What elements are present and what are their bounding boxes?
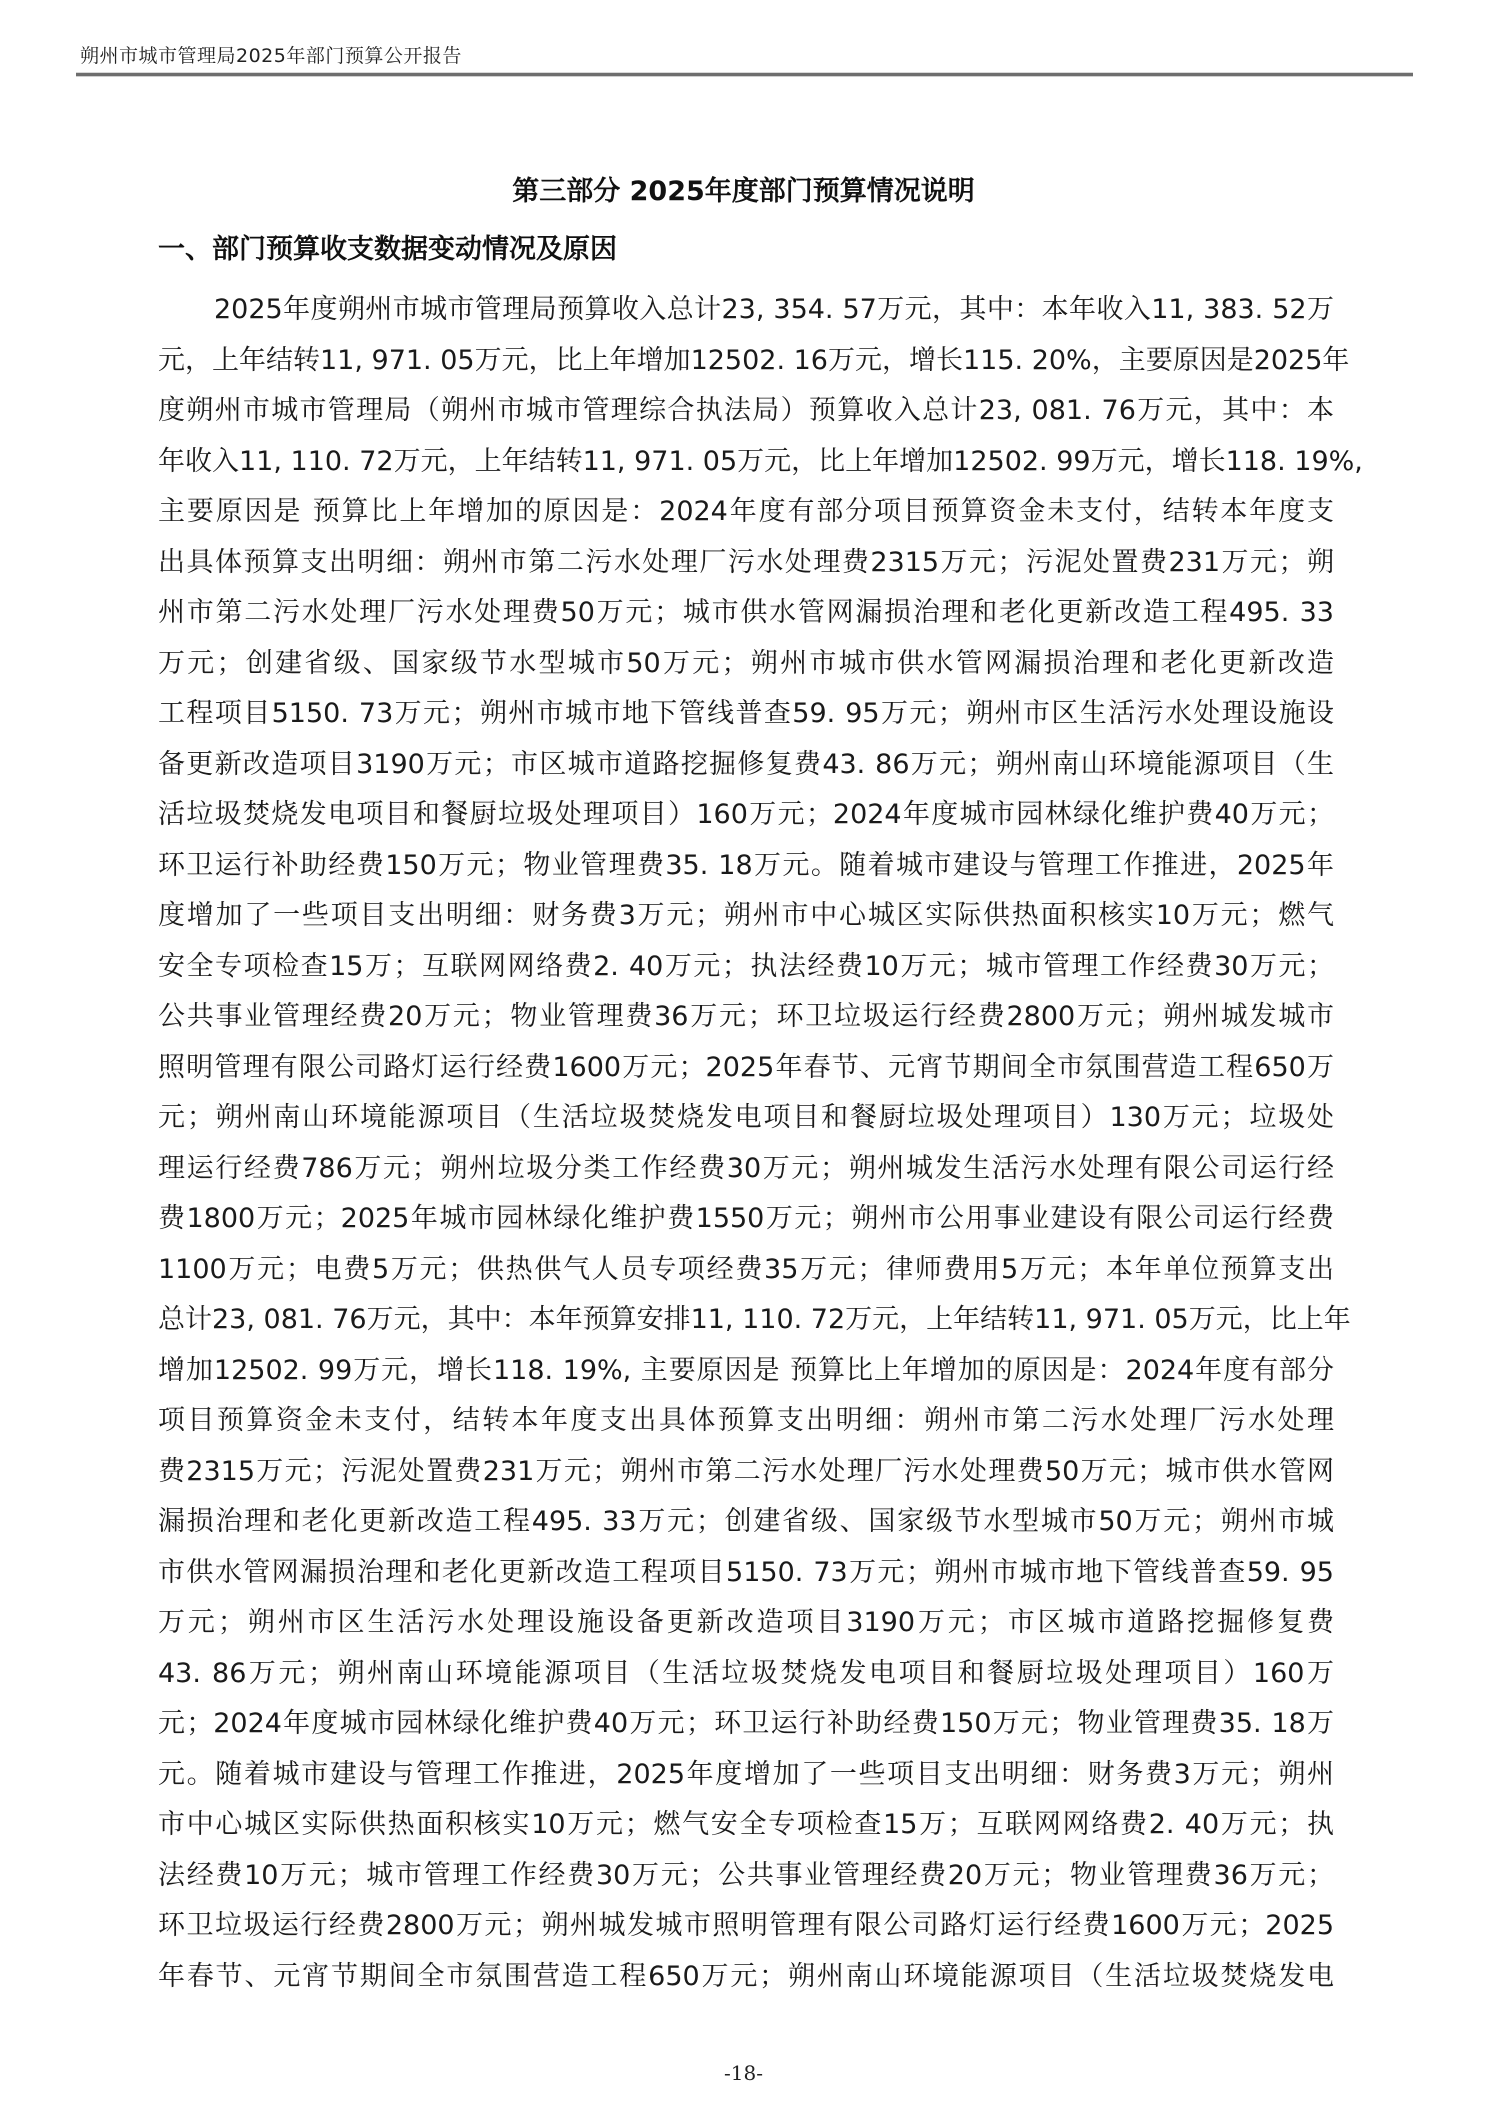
paragraph-line: 总计23, 081. 76万元，其中：本年预算安排11, 110. 72万元，上… xyxy=(158,1298,1334,1349)
paragraph-line: 安全专项检查15万；互联网网络费2. 40万元；执法经费10万元；城市管理工作经… xyxy=(158,945,1334,996)
paragraph-line: 出具体预算支出明细：朔州市第二污水处理厂污水处理费2315万元；污泥处置费231… xyxy=(158,541,1334,592)
paragraph-line: 度朔州市城市管理局（朔州市城市管理综合执法局）预算收入总计23, 081. 76… xyxy=(158,389,1334,440)
paragraph-line: 市中心城区实际供热面积核实10万元；燃气安全专项检查15万；互联网网络费2. 4… xyxy=(158,1803,1334,1854)
body-paragraph: 2025年度朔州市城市管理局预算收入总计23, 354. 57万元，其中：本年收… xyxy=(158,288,1334,2005)
paragraph-line: 43. 86万元；朔州南山环境能源项目（生活垃圾焚烧发电项目和餐厨垃圾处理项目）… xyxy=(158,1652,1334,1703)
paragraph-line: 元；2024年度城市园林绿化维护费40万元；环卫运行补助经费150万元；物业管理… xyxy=(158,1702,1334,1753)
page-number: -18- xyxy=(0,2060,1487,2086)
paragraph-line: 元，上年结转11, 971. 05万元，比上年增加12502. 16万元，增长1… xyxy=(158,339,1334,390)
paragraph-line: 活垃圾焚烧发电项目和餐厨垃圾处理项目）160万元；2024年度城市园林绿化维护费… xyxy=(158,793,1334,844)
paragraph-line: 漏损治理和老化更新改造工程495. 33万元；创建省级、国家级节水型城市50万元… xyxy=(158,1500,1334,1551)
section-heading: 一、部门预算收支数据变动情况及原因 xyxy=(158,232,617,268)
paragraph-line: 年春节、元宵节期间全市氛围营造工程650万元；朔州南山环境能源项目（生活垃圾焚烧… xyxy=(158,1955,1334,2006)
header-rule xyxy=(76,73,1413,76)
paragraph-line: 万元；朔州市区生活污水处理设施设备更新改造项目3190万元；市区城市道路挖掘修复… xyxy=(158,1601,1334,1652)
document-title: 第三部分 2025年度部门预算情况说明 xyxy=(0,174,1487,210)
paragraph-line: 万元；创建省级、国家级节水型城市50万元；朔州市城市供水管网漏损治理和老化更新改… xyxy=(158,642,1334,693)
running-header: 朔州市城市管理局2025年部门预算公开报告 xyxy=(80,42,462,70)
paragraph-line: 项目预算资金未支付，结转本年度支出具体预算支出明细：朔州市第二污水处理厂污水处理 xyxy=(158,1399,1334,1450)
paragraph-line: 州市第二污水处理厂污水处理费50万元；城市供水管网漏损治理和老化更新改造工程49… xyxy=(158,591,1334,642)
paragraph-line: 度增加了一些项目支出明细：财务费3万元；朔州市中心城区实际供热面积核实10万元；… xyxy=(158,894,1334,945)
paragraph-line: 2025年度朔州市城市管理局预算收入总计23, 354. 57万元，其中：本年收… xyxy=(158,288,1334,339)
paragraph-line: 法经费10万元；城市管理工作经费30万元；公共事业管理经费20万元；物业管理费3… xyxy=(158,1854,1334,1905)
paragraph-line: 环卫运行补助经费150万元；物业管理费35. 18万元。随着城市建设与管理工作推… xyxy=(158,844,1334,895)
paragraph-line: 增加12502. 99万元，增长118. 19%, 主要原因是 预算比上年增加的… xyxy=(158,1349,1334,1400)
paragraph-line: 元。随着城市建设与管理工作推进，2025年度增加了一些项目支出明细：财务费3万元… xyxy=(158,1753,1334,1804)
paragraph-line: 费1800万元；2025年城市园林绿化维护费1550万元；朔州市公用事业建设有限… xyxy=(158,1197,1334,1248)
paragraph-line: 照明管理有限公司路灯运行经费1600万元；2025年春节、元宵节期间全市氛围营造… xyxy=(158,1046,1334,1097)
paragraph-line: 1100万元；电费5万元；供热供气人员专项经费35万元；律师费用5万元；本年单位… xyxy=(158,1248,1334,1299)
paragraph-line: 主要原因是 预算比上年增加的原因是：2024年度有部分项目预算资金未支付，结转本… xyxy=(158,490,1334,541)
paragraph-line: 备更新改造项目3190万元；市区城市道路挖掘修复费43. 86万元；朔州南山环境… xyxy=(158,743,1334,794)
paragraph-line: 环卫垃圾运行经费2800万元；朔州城发城市照明管理有限公司路灯运行经费1600万… xyxy=(158,1904,1334,1955)
paragraph-line: 元；朔州南山环境能源项目（生活垃圾焚烧发电项目和餐厨垃圾处理项目）130万元；垃… xyxy=(158,1096,1334,1147)
paragraph-line: 费2315万元；污泥处置费231万元；朔州市第二污水处理厂污水处理费50万元；城… xyxy=(158,1450,1334,1501)
paragraph-line: 年收入11, 110. 72万元，上年结转11, 971. 05万元，比上年增加… xyxy=(158,440,1334,491)
paragraph-line: 公共事业管理经费20万元；物业管理费36万元；环卫垃圾运行经费2800万元；朔州… xyxy=(158,995,1334,1046)
paragraph-line: 市供水管网漏损治理和老化更新改造工程项目5150. 73万元；朔州市城市地下管线… xyxy=(158,1551,1334,1602)
paragraph-line: 理运行经费786万元；朔州垃圾分类工作经费30万元；朔州城发生活污水处理有限公司… xyxy=(158,1147,1334,1198)
paragraph-line: 工程项目5150. 73万元；朔州市城市地下管线普查59. 95万元；朔州市区生… xyxy=(158,692,1334,743)
